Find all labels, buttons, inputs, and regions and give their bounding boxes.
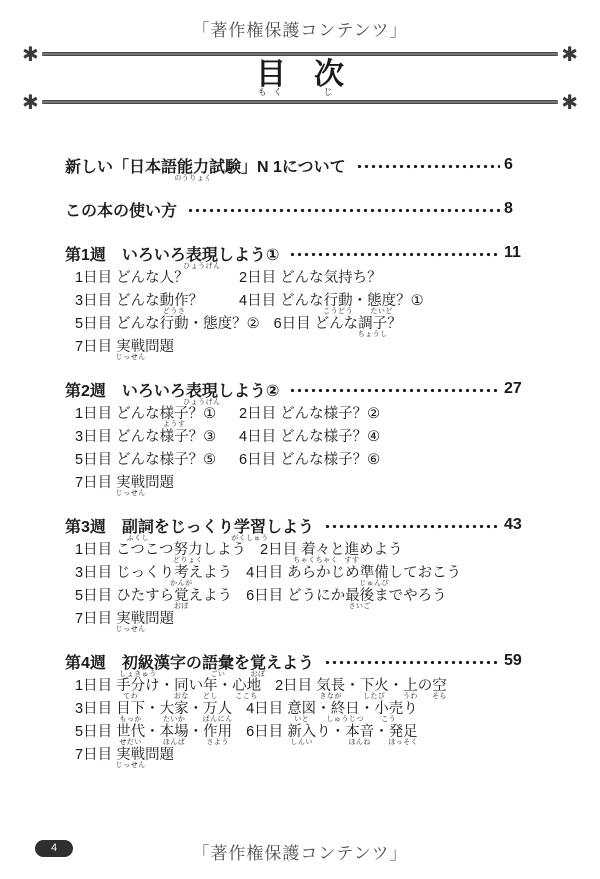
table-of-contents: 新しい「日本語能力のうりょく試験」N 1について 6 この本の使い方 8 第1週… bbox=[65, 154, 530, 786]
toc-entry-about-test: 新しい「日本語能力のうりょく試験」N 1について 6 bbox=[65, 154, 530, 176]
toc-week-header: 第4週 初級しょきゅう漢字の語彙ごいを覚おぼえよう 59 bbox=[65, 650, 530, 672]
toc-day-item: 1日目 こつこつ努力どりょくしよう bbox=[75, 538, 246, 559]
week-title: 第1週 いろいろ表現ひょうげんしよう① bbox=[65, 242, 279, 265]
page-number: 27 bbox=[504, 380, 530, 398]
toc-day-item: 5日目 世代せだい・本場ほんば・作用さよう bbox=[75, 720, 232, 741]
asterisk-icon: ✱ bbox=[561, 92, 578, 112]
toc-day-item: 4日目 あらかじめ準備じゅんびしておこう bbox=[246, 561, 461, 582]
toc-day-item: 7日目 実戦じっせん問題 bbox=[75, 335, 225, 356]
toc-day-item: 5日目 どんな様子？⑤ bbox=[75, 448, 225, 469]
dot-leader bbox=[322, 660, 500, 665]
toc-day-item: 2日目 どんな様子？② bbox=[239, 402, 380, 423]
page-number: 8 bbox=[504, 200, 530, 218]
toc-day-row: 7日目 実戦じっせん問題 bbox=[75, 334, 530, 357]
toc-day-item: 2日目 どんな気持ち？ bbox=[239, 266, 382, 287]
toc-day-item: 4日目 どんな行動こうどう・態度たいど？① bbox=[239, 289, 424, 310]
copyright-watermark-bottom: 「著作権保護コンテンツ」 bbox=[0, 839, 600, 864]
toc-day-item: 2日目 気長きなが・下火したび・上うわの空そら bbox=[275, 674, 447, 695]
toc-day-item: 5日目 どんな行動・態度？② bbox=[75, 312, 260, 333]
toc-day-item: 6日目 どうにか最後さいごまでやろう bbox=[246, 584, 447, 605]
asterisk-icon: ✱ bbox=[22, 92, 39, 112]
toc-day-item: 5日目 ひたすら覚おぼえよう bbox=[75, 584, 232, 605]
toc-day-item: 4日目 意図いと・終日しゅうじつ・小売こうり bbox=[246, 697, 418, 718]
toc-section-week1: 第1週 いろいろ表現ひょうげんしよう① 11 1日目 どんな人？ 2日目 どんな… bbox=[65, 242, 530, 357]
toc-entry-how-to-use: この本の使い方 8 bbox=[65, 198, 530, 220]
page-title-text: 目も く次じ bbox=[242, 60, 358, 90]
toc-day-row: 5日目 どんな様子？⑤ 6日目 どんな様子？⑥ bbox=[75, 447, 530, 470]
toc-day-row: 3日目 どんな動作どうさ？ 4日目 どんな行動こうどう・態度たいど？① bbox=[75, 288, 530, 311]
toc-day-row: 1日目 手分てわけ・同おない年どし・心地ここち 2日目 気長きなが・下火したび・… bbox=[75, 673, 530, 696]
toc-day-item: 7日目 実戦じっせん問題 bbox=[75, 471, 225, 492]
toc-day-row: 1日目 どんな様子ようす？① 2日目 どんな様子？② bbox=[75, 401, 530, 424]
dot-leader bbox=[287, 252, 500, 257]
toc-section-week3: 第3週 副詞ふくしをじっくり学習がくしゅうしよう 43 1日目 こつこつ努力どり… bbox=[65, 514, 530, 629]
dot-leader bbox=[287, 388, 500, 393]
toc-day-row: 5日目 どんな行動・態度？② 6日目 どんな調子ちょうし？ bbox=[75, 311, 530, 334]
page-title: 目も く次じ bbox=[0, 60, 600, 90]
page-number: 59 bbox=[504, 652, 530, 670]
decorative-rule-bottom: ✱ ✱ bbox=[22, 92, 578, 112]
toc-day-item: 3日目 じっくり考かんがえよう bbox=[75, 561, 232, 582]
toc-day-row: 3日目 目下もっか・大家たいか・万人ばんにん 4日目 意図いと・終日しゅうじつ・… bbox=[75, 696, 530, 719]
toc-day-item: 6日目 どんな様子？⑥ bbox=[239, 448, 380, 469]
dot-leader bbox=[185, 208, 500, 213]
toc-day-item: 6日目 どんな調子ちょうし？ bbox=[274, 312, 402, 333]
toc-day-item: 2日目 着々ちゃくちゃくと進すすめよう bbox=[260, 538, 403, 559]
page-number: 11 bbox=[504, 244, 530, 262]
toc-day-item: 7日目 実戦じっせん問題 bbox=[75, 743, 225, 764]
toc-week-header: 第3週 副詞ふくしをじっくり学習がくしゅうしよう 43 bbox=[65, 514, 530, 536]
toc-day-item: 3日目 どんな動作どうさ？ bbox=[75, 289, 225, 310]
toc-day-item: 3日目 目下もっか・大家たいか・万人ばんにん bbox=[75, 697, 232, 718]
toc-day-row: 5日目 ひたすら覚おぼえよう 6日目 どうにか最後さいごまでやろう bbox=[75, 583, 530, 606]
toc-day-row: 7日目 実戦じっせん問題 bbox=[75, 470, 530, 493]
toc-day-row: 3日目 どんな様子？③ 4日目 どんな様子？④ bbox=[75, 424, 530, 447]
page-number: 6 bbox=[504, 156, 530, 174]
toc-day-row: 7日目 実戦じっせん問題 bbox=[75, 606, 530, 629]
copyright-watermark-top: 「著作権保護コンテンツ」 bbox=[0, 16, 600, 41]
rule-line bbox=[42, 52, 558, 56]
toc-section-week2: 第2週 いろいろ表現ひょうげんしよう② 27 1日目 どんな様子ようす？① 2日… bbox=[65, 378, 530, 493]
toc-day-item: 7日目 実戦じっせん問題 bbox=[75, 607, 225, 628]
toc-entry-label: この本の使い方 bbox=[65, 198, 177, 221]
week-title: 第3週 副詞ふくしをじっくり学習がくしゅうしよう bbox=[65, 514, 314, 537]
toc-section-week4: 第4週 初級しょきゅう漢字の語彙ごいを覚おぼえよう 59 1日目 手分てわけ・同… bbox=[65, 650, 530, 765]
toc-day-item: 1日目 手分てわけ・同おない年どし・心地ここち bbox=[75, 674, 261, 695]
toc-day-item: 6日目 新入しんいり・本音ほんね・発足ほっそく bbox=[246, 720, 418, 741]
toc-day-item: 4日目 どんな様子？④ bbox=[239, 425, 380, 446]
rule-line bbox=[42, 100, 558, 104]
toc-day-row: 1日目 どんな人？ 2日目 どんな気持ち？ bbox=[75, 265, 530, 288]
toc-week-header: 第2週 いろいろ表現ひょうげんしよう② 27 bbox=[65, 378, 530, 400]
toc-day-row: 5日目 世代せだい・本場ほんば・作用さよう 6日目 新入しんいり・本音ほんね・発… bbox=[75, 719, 530, 742]
page-number: 43 bbox=[504, 516, 530, 534]
toc-entry-label: 新しい「日本語能力のうりょく試験」N 1について bbox=[65, 154, 346, 177]
week-title: 第2週 いろいろ表現ひょうげんしよう② bbox=[65, 378, 279, 401]
week-title: 第4週 初級しょきゅう漢字の語彙ごいを覚おぼえよう bbox=[65, 650, 314, 673]
dot-leader bbox=[322, 524, 500, 529]
toc-week-header: 第1週 いろいろ表現ひょうげんしよう① 11 bbox=[65, 242, 530, 264]
dot-leader bbox=[354, 164, 500, 169]
toc-day-item: 3日目 どんな様子？③ bbox=[75, 425, 225, 446]
